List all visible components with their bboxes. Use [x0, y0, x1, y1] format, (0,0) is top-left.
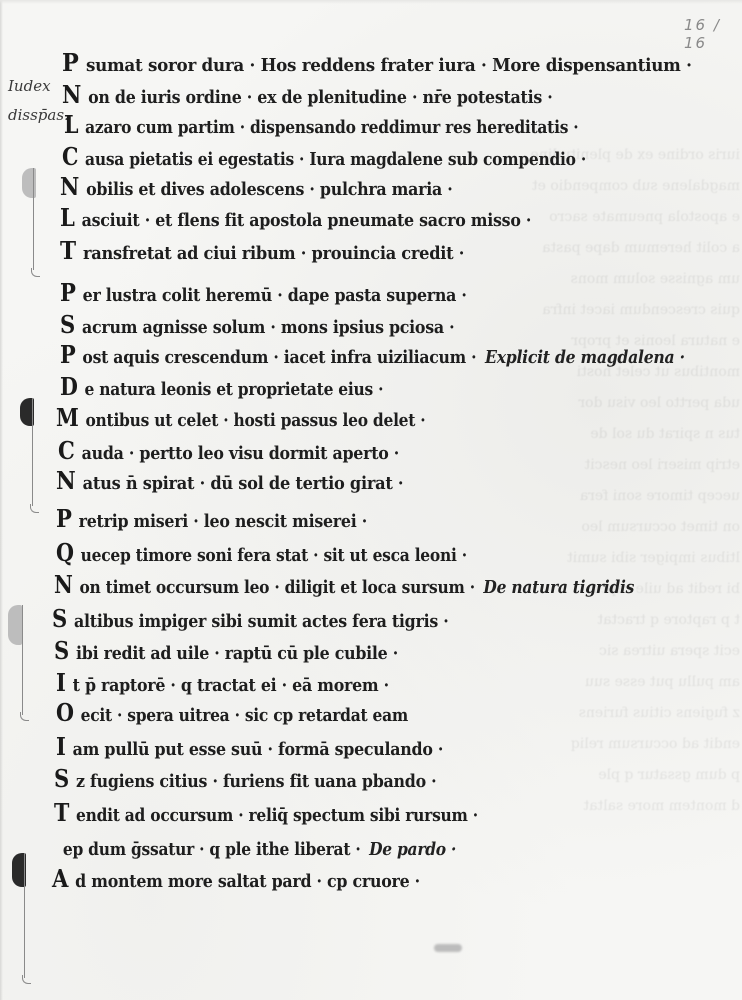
- verse-line: Cauda · pertto leo visu dormit aperto ·: [58, 436, 399, 465]
- verse-line: Post aquis crescendum · iacet infra uizi…: [60, 340, 685, 369]
- line-initial: L: [60, 203, 75, 232]
- line-initial: N: [62, 80, 81, 109]
- line-text: z fugiens citius · furiens fit uana pban…: [76, 771, 436, 792]
- verse-line: ep dum ḡssatur · q ple ithe liberat ·De …: [56, 832, 456, 861]
- line-text: ecit · spera uitrea · sic cp retardat ea…: [81, 705, 408, 726]
- line-text: atus n̄ spirat · dū sol de tertio girat …: [83, 473, 404, 494]
- manuscript-page: iuris ordine ex de plenitudine magdalene…: [0, 0, 742, 1000]
- line-initial: L: [64, 110, 78, 139]
- verse-line: Per lustra colit heremū · dape pasta sup…: [60, 278, 467, 307]
- paraph-flourish: [22, 975, 31, 984]
- line-initial: O: [56, 698, 74, 727]
- line-initial: A: [52, 864, 68, 893]
- verse-line: Sacrum agnisse solum · mons ipsius pcios…: [60, 310, 454, 339]
- line-initial: P: [62, 48, 79, 77]
- verse-line: Non de iuris ordine · ex de plenitudine …: [62, 80, 553, 109]
- bleed-through-text: iuris ordine ex de plenitudine magdalene…: [440, 140, 740, 900]
- line-text: er lustra colit heremū · dape pasta supe…: [83, 285, 467, 306]
- line-text: altibus impiger sibi sumit actes fera ti…: [74, 611, 448, 632]
- line-initial: P: [56, 504, 72, 533]
- margin-gloss: Iudex: [8, 77, 51, 95]
- verse-line: Montibus ut celet · hosti passus leo del…: [56, 403, 425, 432]
- line-text: asciuit · et flens fit apostola pneumate…: [82, 210, 532, 231]
- rubric-heading: De pardo ·: [369, 839, 456, 860]
- line-initial: T: [60, 236, 76, 265]
- line-initial: N: [56, 466, 75, 495]
- line-initial: P: [60, 278, 76, 307]
- verse-line: Lasciuit · et flens fit apostola pneumat…: [60, 203, 531, 232]
- line-initial: S: [54, 636, 69, 665]
- line-initial: M: [56, 403, 79, 432]
- paraph-stem: [24, 853, 25, 978]
- paraph-mark: [8, 605, 22, 645]
- paraph-flourish: [20, 712, 29, 721]
- line-initial: Q: [56, 538, 74, 567]
- line-initial: C: [62, 142, 78, 171]
- page-edge-top: [0, 0, 742, 4]
- verse-line: It p̄ raptorē · q tractat ei · eā morem …: [56, 668, 389, 697]
- verse-line: Ad montem more saltat pard · cp cruore ·: [52, 864, 420, 893]
- line-initial: P: [60, 340, 75, 369]
- verse-line: Transfretat ad ciui ribum · prouincia cr…: [60, 236, 464, 265]
- verse-line: Tendit ad occursum · reliq̄ spectum sibi…: [54, 798, 478, 827]
- verse-line: Saltibus impiger sibi sumit actes fera t…: [52, 604, 448, 633]
- line-text: uecep timore soni fera stat · sit ut esc…: [81, 545, 467, 566]
- line-text: retrip miseri · leo nescit miserei ·: [79, 511, 367, 532]
- verse-line: Quecep timore soni fera stat · sit ut es…: [56, 538, 467, 567]
- paraph-flourish: [31, 268, 40, 277]
- line-initial: S: [54, 764, 69, 793]
- page-edge-left: [0, 0, 3, 1000]
- line-initial: C: [58, 436, 75, 465]
- line-text: ransfretat ad ciui ribum · prouincia cre…: [83, 243, 464, 264]
- line-text: endit ad occursum · reliq̄ spectum sibi …: [76, 805, 478, 826]
- verse-line: De natura leonis et proprietate eius ·: [60, 372, 383, 401]
- line-initial: T: [54, 798, 69, 827]
- line-text: ibi redit ad uile · raptū cū ple cubile …: [76, 643, 398, 664]
- verse-line: Iam pullū put esse suū · formā speculand…: [56, 732, 443, 761]
- line-text: azaro cum partim · dispensando reddimur …: [85, 117, 578, 138]
- verse-line: Psumat soror dura · Hos reddens frater i…: [62, 48, 692, 77]
- paraph-stem: [22, 605, 23, 715]
- verse-line: Sz fugiens citius · furiens fit uana pba…: [54, 764, 436, 793]
- line-text: ontibus ut celet · hosti passus leo dele…: [85, 410, 425, 431]
- paraph-stem: [32, 398, 33, 506]
- verse-line: Pretrip miseri · leo nescit miserei ·: [56, 504, 367, 533]
- rubric-heading: De natura tigridis: [483, 577, 634, 598]
- line-text: t p̄ raptorē · q tractat ei · eā morem ·: [73, 675, 389, 696]
- line-initial: S: [60, 310, 75, 339]
- line-text: e natura leonis et proprietate eius ·: [85, 379, 384, 400]
- line-text: auda · pertto leo visu dormit aperto ·: [82, 443, 399, 464]
- verse-line: Natus n̄ spirat · dū sol de tertio girat…: [56, 466, 403, 495]
- margin-gloss: dissp̄as.: [8, 106, 69, 124]
- paraph-stem: [33, 168, 34, 270]
- line-text: acrum agnisse solum · mons ipsius pciosa…: [82, 317, 454, 338]
- line-text: am pullū put esse suū · formā speculando…: [73, 739, 444, 760]
- line-text: d montem more saltat pard · cp cruore ·: [75, 871, 420, 892]
- line-text: on timet occursum leo · diligit et loca …: [79, 577, 474, 598]
- line-initial: D: [60, 372, 78, 401]
- verse-line: Nobilis et dives adolescens · pulchra ma…: [60, 172, 453, 201]
- line-initial: N: [54, 570, 73, 599]
- verse-line: Sibi redit ad uile · raptū cū ple cubile…: [54, 636, 398, 665]
- folio-number: 16 / 16: [684, 16, 742, 52]
- line-text: sumat soror dura · Hos reddens frater iu…: [86, 55, 692, 76]
- verse-line: Non timet occursum leo · diligit et loca…: [54, 570, 634, 599]
- line-initial: I: [56, 732, 66, 761]
- verse-line: Oecit · spera uitrea · sic cp retardat e…: [56, 698, 408, 727]
- line-text: ost aquis crescendum · iacet infra uizil…: [82, 347, 476, 368]
- line-initial: N: [60, 172, 79, 201]
- line-text: ausa pietatis ei egestatis · Iura magdal…: [85, 149, 586, 170]
- line-initial: I: [56, 668, 66, 697]
- verse-line: Causa pietatis ei egestatis · Iura magda…: [62, 142, 586, 171]
- line-text: obilis et dives adolescens · pulchra mar…: [86, 179, 452, 200]
- line-text: on de iuris ordine · ex de plenitudine ·…: [88, 87, 552, 108]
- rubric-heading: Explicit de magdalena ·: [485, 347, 685, 368]
- line-text: ep dum ḡssatur · q ple ithe liberat ·: [63, 839, 361, 860]
- paraph-flourish: [30, 504, 39, 513]
- ink-smudge: [434, 944, 462, 952]
- verse-line: Lazaro cum partim · dispensando reddimur…: [64, 110, 578, 139]
- line-initial: S: [52, 604, 67, 633]
